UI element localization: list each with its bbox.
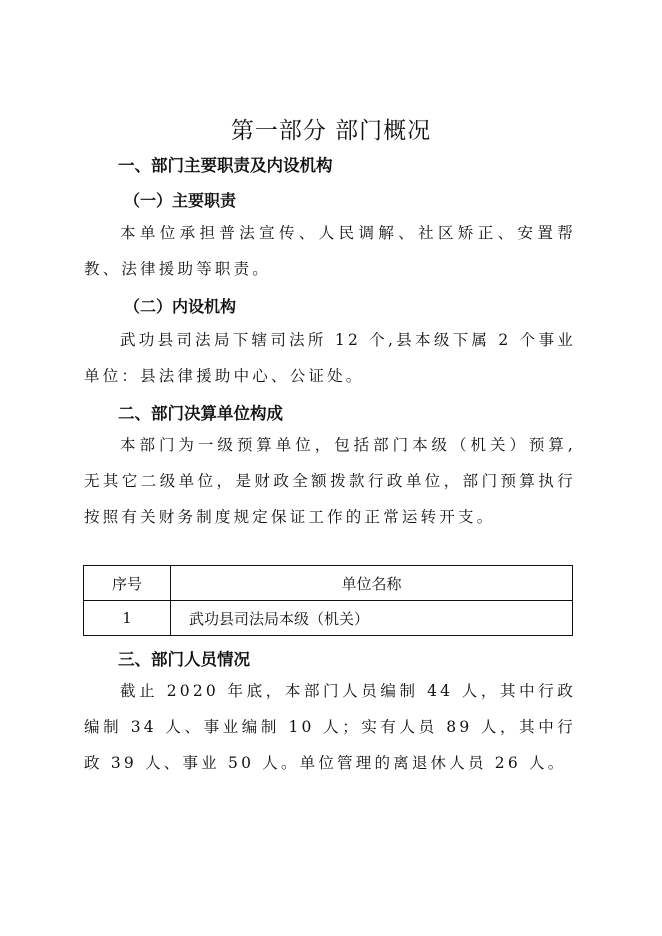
header-unit-name: 单位名称 [171,566,573,601]
units-table: 序号 单位名称 1 武功县司法局本级（机关） [83,565,573,636]
section-heading-1: 一、部门主要职责及内设机构 [118,152,333,176]
internal-orgs-paragraph: 武功县司法局下辖司法所 12 个,县本级下属 2 个事业单位：县法律援助中心、公… [84,322,576,394]
subsection-heading-duties: （一）主要职责 [124,188,236,211]
table-row: 1 武功县司法局本级（机关） [84,601,573,636]
header-index: 序号 [84,566,171,601]
section-heading-3: 三、部门人员情况 [118,646,250,670]
page-title: 第一部分 部门概况 [0,112,662,145]
cell-index: 1 [84,601,171,636]
section-heading-2: 二、部门决算单位构成 [118,400,283,424]
duties-paragraph: 本单位承担普法宣传、人民调解、社区矫正、安置帮教、法律援助等职责。 [84,215,576,287]
table-header-row: 序号 单位名称 [84,566,573,601]
staff-paragraph: 截止 2020 年底，本部门人员编制 44 人，其中行政编制 34 人、事业编制… [84,673,576,781]
subsection-heading-internal-orgs: （二）内设机构 [124,294,236,317]
cell-unit-name: 武功县司法局本级（机关） [171,601,573,636]
budget-units-paragraph: 本部门为一级预算单位，包括部门本级（机关）预算,无其它二级单位，是财政全额拨款行… [84,427,576,535]
